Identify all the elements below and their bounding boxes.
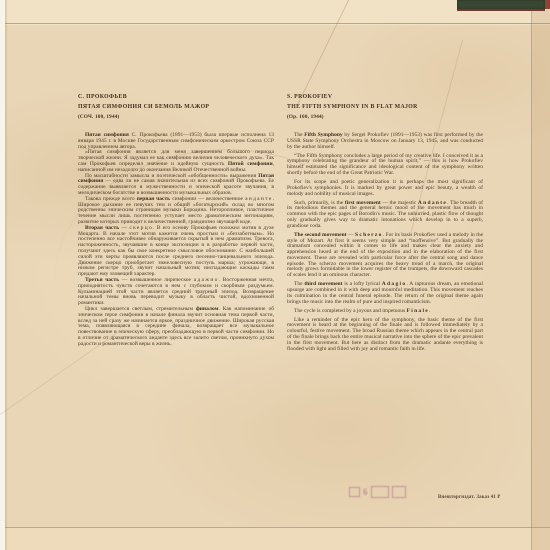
top-crease-line: [0, 23, 550, 24]
left-edge-shadow: [5, 0, 7, 550]
stamp-box: [349, 487, 360, 497]
paper-bottom-strip: [0, 528, 550, 550]
paragraph: For its scope and poetic generalization …: [287, 180, 483, 197]
stamp-box: [392, 486, 406, 498]
paragraph: The third movement is a lofty lyrical Ad…: [287, 282, 483, 305]
paragraph: Такова прежде всего первая часть симфони…: [78, 197, 274, 226]
english-paragraphs: The Fifth Symphony by Sergei Prokofiev (…: [287, 133, 483, 352]
work-title-ru: ПЯТАЯ СИМФОНИЯ СИ БЕМОЛЬ МАЖОР: [78, 102, 274, 112]
composer-name-en: S. PROKOFIEV: [287, 92, 483, 102]
russian-paragraphs: Пятая симфония С. Прокофьева (1891—1953)…: [78, 133, 274, 347]
opus-line-ru: (СОЧ. 100, 1944): [78, 112, 274, 122]
paragraph: Like a reminder of the epic hero of the …: [287, 318, 483, 353]
paragraph: Such, primarily, is the first movement —…: [287, 201, 483, 230]
paragraph: По масштабности замысла и поэтической «о…: [78, 174, 274, 197]
stamp-digit: 6: [363, 487, 368, 497]
opus-line-en: (Op. 100, 1944): [287, 112, 483, 122]
green-sticker-remnant: [457, 0, 545, 11]
album-back-cover: С. ПРОКОФЬЕВ ПЯТАЯ СИМФОНИЯ СИ БЕМОЛЬ МА…: [0, 0, 550, 550]
paragraph: The cycle is completed by a joyous and i…: [287, 309, 483, 315]
printer-imprint: Внешторгиздат. Заказ 41 Р: [438, 495, 500, 500]
composer-name-ru: С. ПРОКОФЬЕВ: [78, 92, 274, 102]
paragraph: Вторая часть — скерцо. В его основу Прок…: [78, 226, 274, 278]
paragraph: Третья часть — возвышенное лирическое ад…: [78, 278, 274, 307]
right-fold-strip: [531, 0, 550, 550]
paragraph: The second movement — Scherzo. For its b…: [287, 233, 483, 279]
paragraph: Пятая симфония С. Прокофьева (1891—1953)…: [78, 133, 274, 150]
stamp-box: [371, 486, 389, 498]
ink-stamp: 6: [349, 484, 415, 500]
red-corner-edge: [545, 0, 550, 9]
english-column: S. PROKOFIEV THE FIFTH SYMPHONY IN B FLA…: [287, 92, 483, 356]
work-title-en: THE FIFTH SYMPHONY IN B FLAT MAJOR: [287, 102, 483, 112]
paragraph: «Пятая симфония является для меня заверш…: [78, 150, 274, 173]
paragraph: The Fifth Symphony by Sergei Prokofiev (…: [287, 133, 483, 150]
bottom-crease-line: [0, 527, 550, 528]
paragraph: Цикл завершается светлым, стремительным …: [78, 307, 274, 348]
russian-column: С. ПРОКОФЬЕВ ПЯТАЯ СИМФОНИЯ СИ БЕМОЛЬ МА…: [78, 92, 274, 347]
paragraph: “The Fifth Symphony concludes a large pe…: [287, 154, 483, 177]
